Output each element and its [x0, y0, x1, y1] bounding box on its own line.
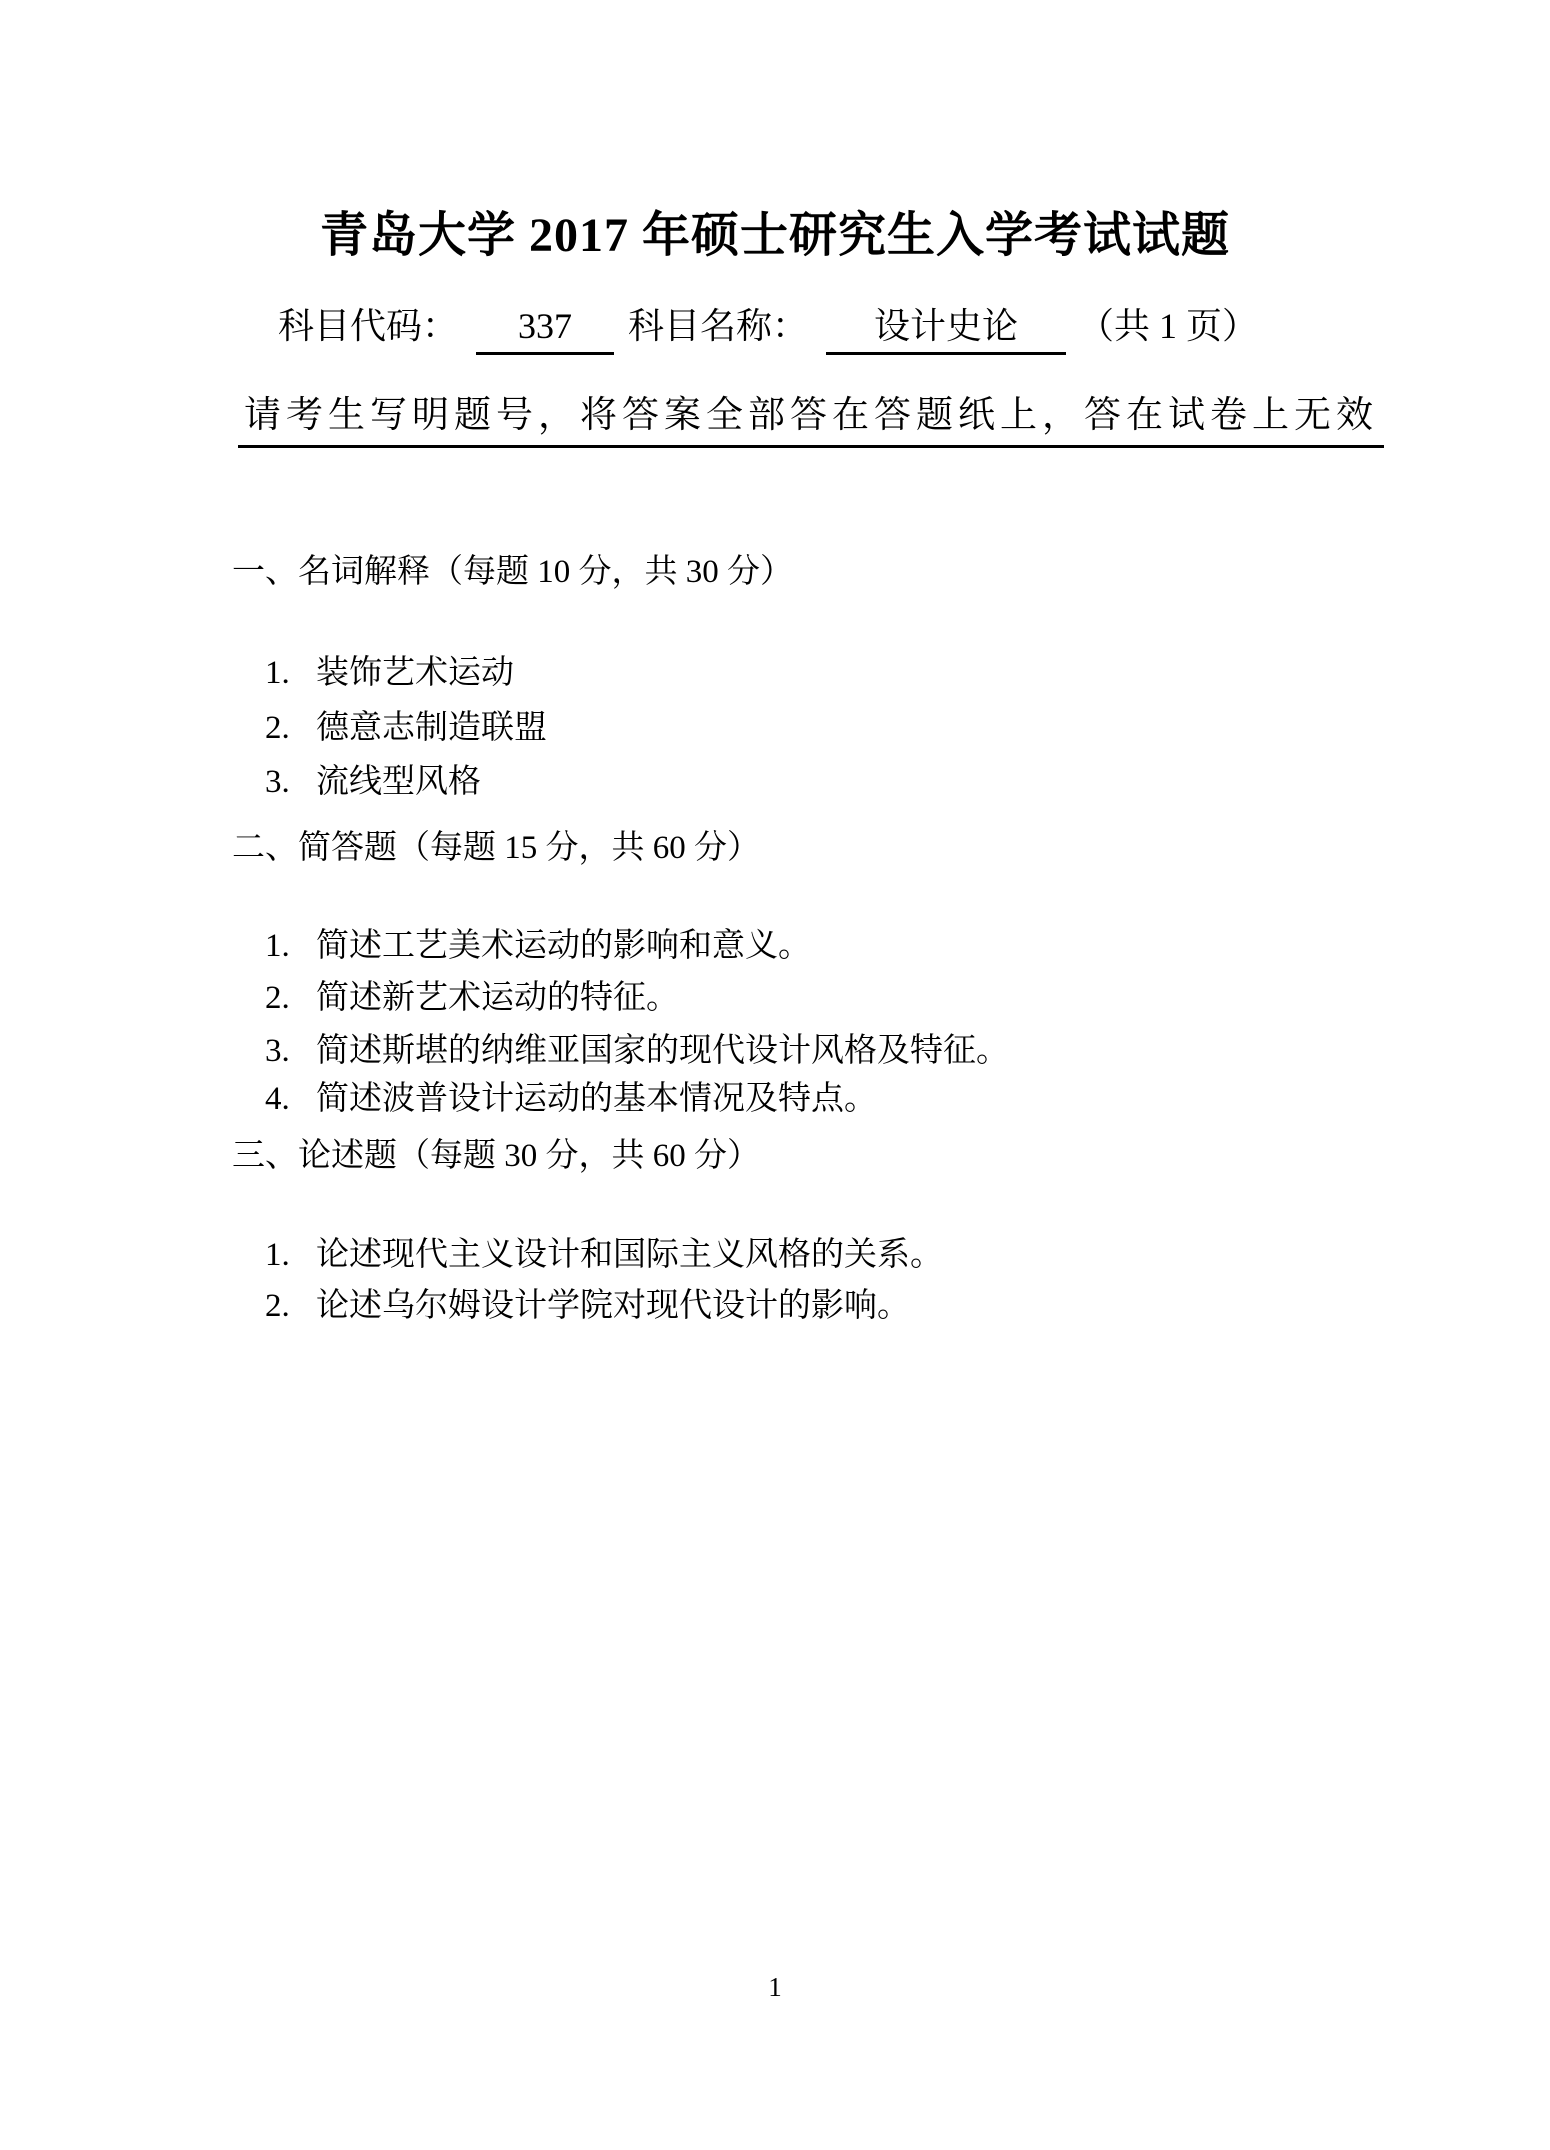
question-number: 3. [265, 760, 316, 804]
subject-code-label: 科目代码： [278, 306, 458, 346]
question-text: 流线型风格 [316, 764, 481, 800]
subject-code-value: 337 [476, 303, 614, 355]
question-text: 简述波普设计运动的基本情况及特点。 [316, 1081, 877, 1117]
section-1-heading: 一、名词解释（每题 10 分，共 30 分） [232, 550, 793, 594]
page-number: 1 [0, 1972, 1550, 2003]
page-count-note: （共 1 页） [1078, 306, 1258, 346]
subject-name-value: 设计史论 [826, 303, 1066, 355]
question-number: 4. [265, 1077, 316, 1121]
section-3-heading: 三、论述题（每题 30 分，共 60 分） [232, 1134, 760, 1178]
question-item: 2.论述乌尔姆设计学院对现代设计的影响。 [232, 1240, 910, 1372]
exam-title: 青岛大学 2017 年硕士研究生入学考试试题 [0, 206, 1550, 266]
section-2-heading: 二、简答题（每题 15 分，共 60 分） [232, 826, 760, 870]
subject-line: 科目代码：337科目名称：设计史论（共 1 页） [278, 303, 1258, 355]
exam-paper-page: 青岛大学 2017 年硕士研究生入学考试试题 科目代码：337科目名称：设计史论… [0, 0, 1550, 2150]
question-text: 论述乌尔姆设计学院对现代设计的影响。 [316, 1288, 910, 1324]
notice-line: 请考生写明题号，将答案全部答在答题纸上，答在试卷上无效 [238, 396, 1384, 448]
subject-name-label: 科目名称： [628, 306, 808, 346]
question-number: 2. [265, 1284, 316, 1328]
